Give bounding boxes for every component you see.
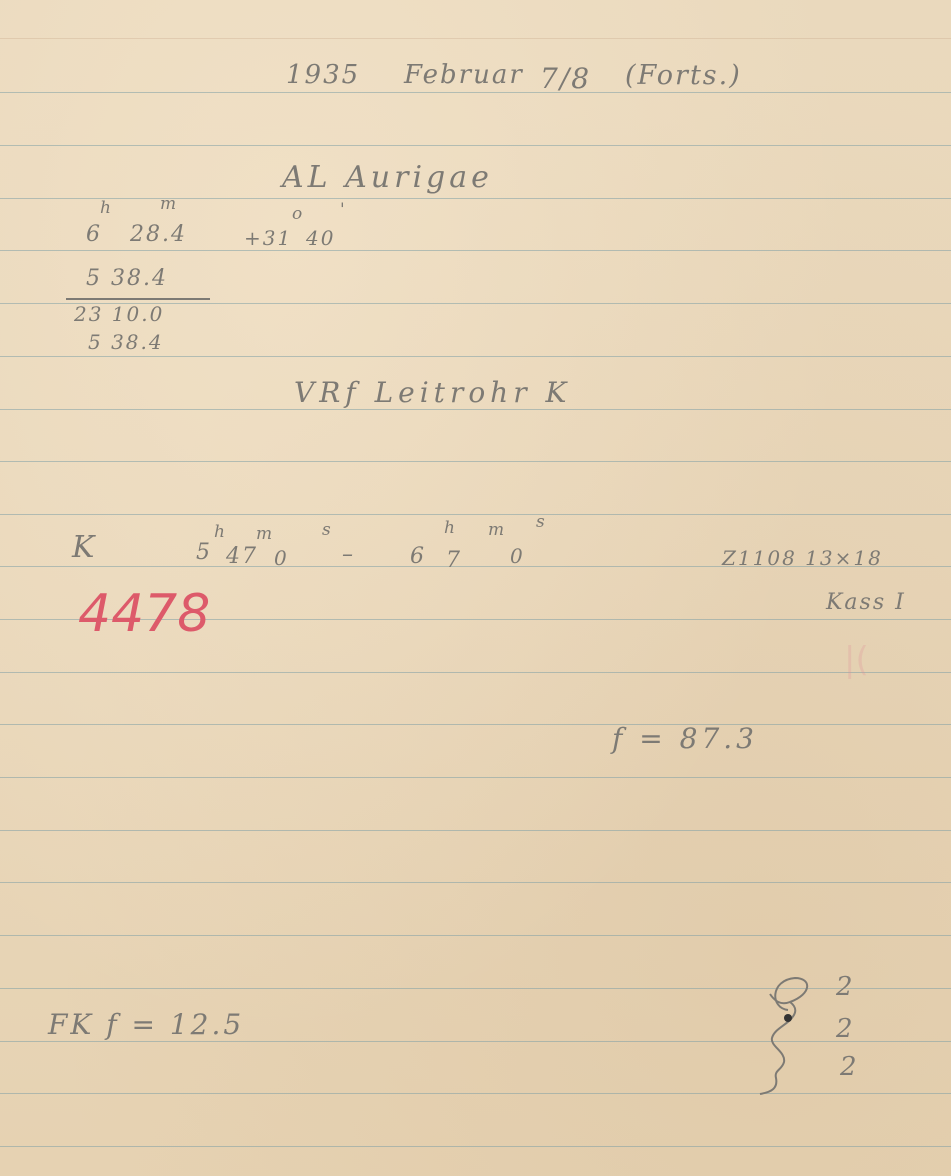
bracket-scribble-icon	[750, 970, 820, 1100]
header-day: 7/8	[540, 62, 591, 95]
calc-row-1: 5 38.4	[86, 266, 168, 291]
header-year: 1935	[286, 60, 360, 90]
exposure-start-m-sup: m	[256, 524, 272, 544]
ruled-line	[0, 198, 951, 199]
header-note: (Forts.)	[625, 60, 742, 91]
ruled-line	[0, 38, 951, 39]
ruled-line	[0, 145, 951, 146]
exposure-dash: –	[342, 542, 355, 567]
show-through-mark: |(	[844, 640, 869, 680]
ruled-line	[0, 830, 951, 831]
exposure-label: K	[72, 530, 96, 565]
ruled-line	[0, 882, 951, 883]
ruled-line	[0, 356, 951, 357]
bracket-value-2: 2	[836, 1014, 855, 1044]
bracket-value-3: 2	[840, 1052, 859, 1082]
ruled-line	[0, 409, 951, 410]
ruled-line	[0, 777, 951, 778]
plate-note: VRf Leitrohr K	[294, 376, 571, 409]
exposure-start-h-sup: h	[214, 522, 225, 542]
ruled-line	[0, 92, 951, 93]
plate-info-line-1: Z1108 13×18	[722, 546, 883, 570]
ruled-line	[0, 724, 951, 725]
exposure-start-hours: 5	[196, 540, 212, 565]
plate-number: 4478	[78, 584, 210, 644]
calc-underline	[66, 298, 210, 300]
declination-degree-symbol: o	[292, 204, 302, 224]
declination-degrees: +31	[244, 226, 292, 250]
ruled-line	[0, 514, 951, 515]
ruled-line	[0, 461, 951, 462]
exposure-start-minutes: 47	[226, 544, 258, 569]
notebook-page: 1935 Februar 7/8 (Forts.) AL Aurigae 6 h…	[0, 0, 951, 1176]
ruled-line	[0, 1146, 951, 1147]
exposure-end-hours: 6	[410, 544, 426, 569]
exposure-end-seconds: 0	[510, 544, 525, 568]
calc-row-2: 23 10.0	[74, 302, 164, 326]
ra-hours-superscript: h	[100, 198, 111, 218]
exposure-end-minutes: 7	[446, 548, 462, 573]
header-month: Februar	[404, 60, 524, 90]
ra-minutes-superscript: m	[160, 194, 176, 214]
plate-info-line-2: Kass I	[826, 590, 906, 615]
object-name: AL Aurigae	[282, 160, 493, 195]
ruled-line	[0, 250, 951, 251]
focus-value: f = 87.3	[612, 722, 758, 755]
declination-minute-symbol: '	[340, 200, 345, 220]
calc-row-3: 5 38.4	[88, 330, 164, 354]
exposure-end-h-sup: h	[444, 518, 455, 538]
declination-minutes: 40	[306, 226, 335, 250]
exposure-start-s-sup: s	[322, 520, 331, 540]
bracket-value-1: 2	[836, 972, 855, 1002]
exposure-end-s-sup: s	[536, 512, 545, 532]
ra-hours: 6	[86, 222, 102, 247]
exposure-end-m-sup: m	[488, 520, 504, 540]
ruled-line	[0, 935, 951, 936]
exposure-start-seconds: 0	[274, 546, 289, 570]
ruled-line	[0, 672, 951, 673]
ra-minutes: 28.4	[130, 222, 187, 247]
fk-focus-value: FK f = 12.5	[48, 1008, 244, 1041]
